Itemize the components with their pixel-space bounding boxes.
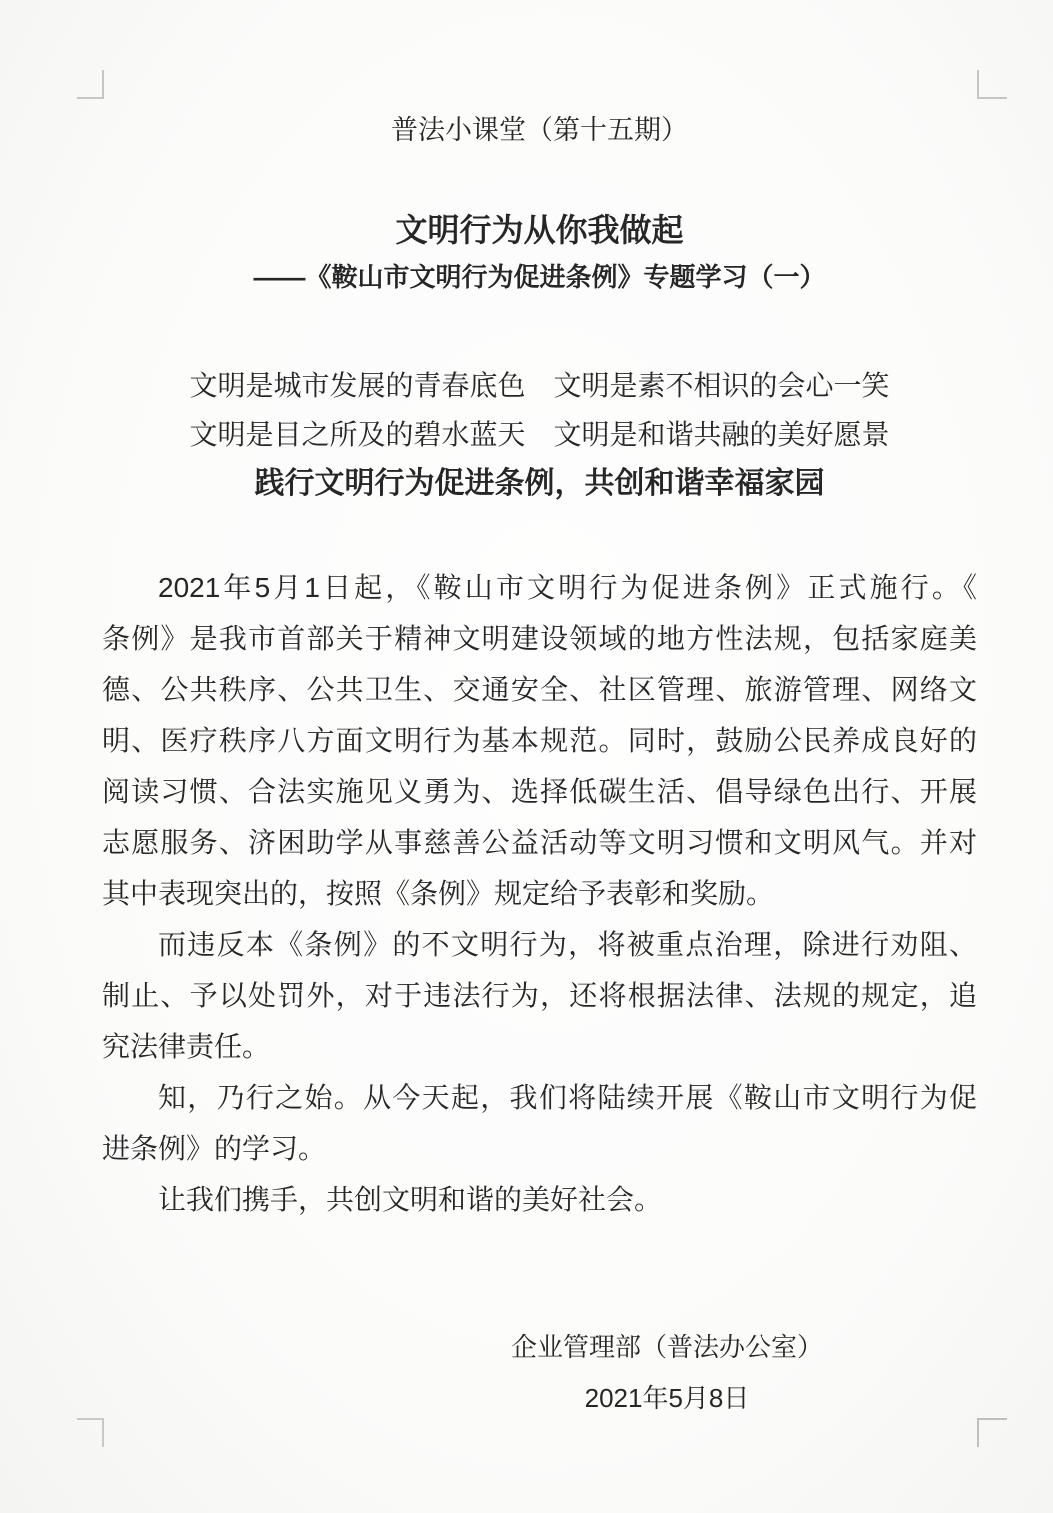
body-line: 进条例》的学习。 [102, 1123, 977, 1174]
body-line: 条例》是我市首部关于精神文明建设领域的地方性法规，包括家庭美 [102, 613, 977, 664]
body-line: 阅读习惯、合法实施见义勇为、选择低碳生活、倡导绿色出行、开展 [102, 766, 977, 817]
body-line: 2021年5月1日起，《鞍山市文明行为促进条例》正式施行。《 [102, 562, 977, 613]
signature-date: 2021年5月8日 [357, 1373, 977, 1424]
text-boundary-mark-bottom-right [977, 1418, 1007, 1447]
body-line: 志愿服务、济困助学从事慈善公益活动等文明习惯和文明风气。并对 [102, 817, 977, 868]
signature-block: 企业管理部（普法办公室） 2021年5月8日 [357, 1322, 977, 1424]
body-line: 而违反本《条例》的不文明行为，将被重点治理，除进行劝阻、 [102, 919, 977, 970]
slogan-line-1: 文明是城市发展的青春底色 文明是素不相识的会心一笑 [102, 361, 977, 410]
issue-header: 普法小课堂（第十五期） [102, 113, 977, 147]
document-subtitle: ——《鞍山市文明行为促进条例》专题学习（一） [102, 259, 977, 295]
text-boundary-mark-top-left [77, 70, 104, 99]
slogan-emphasis: 践行文明行为促进条例，共创和谐幸福家园 [102, 459, 977, 508]
body-line: 其中表现突出的，按照《条例》规定给予表彰和奖励。 [102, 868, 977, 919]
body-line: 知，乃行之始。从今天起，我们将陆续开展《鞍山市文明行为促 [102, 1072, 977, 1123]
slogan-line-2: 文明是目之所及的碧水蓝天 文明是和谐共融的美好愿景 [102, 410, 977, 459]
document-page: 普法小课堂（第十五期） 文明行为从你我做起 ——《鞍山市文明行为促进条例》专题学… [0, 0, 1053, 1513]
slogan-section: 文明是城市发展的青春底色 文明是素不相识的会心一笑 文明是目之所及的碧水蓝天 文… [102, 361, 977, 508]
body-line: 明、医疗秩序八方面文明行为基本规范。同时，鼓励公民养成良好的 [102, 715, 977, 766]
document-content: 普法小课堂（第十五期） 文明行为从你我做起 ——《鞍山市文明行为促进条例》专题学… [102, 97, 977, 1424]
body-line: 让我们携手，共创文明和谐的美好社会。 [102, 1174, 977, 1225]
signature-department: 企业管理部（普法办公室） [357, 1322, 977, 1373]
text-boundary-mark-top-right [977, 70, 1007, 99]
body-line: 究法律责任。 [102, 1021, 977, 1072]
body-line: 制止、予以处罚外，对于违法行为，还将根据法律、法规的规定，追 [102, 970, 977, 1021]
body-line: 德、公共秩序、公共卫生、交通安全、社区管理、旅游管理、网络文 [102, 664, 977, 715]
text-boundary-mark-bottom-left [77, 1418, 104, 1447]
body-text: 2021年5月1日起，《鞍山市文明行为促进条例》正式施行。《 条例》是我市首部关… [102, 562, 977, 1225]
document-title: 文明行为从你我做起 [102, 210, 977, 250]
